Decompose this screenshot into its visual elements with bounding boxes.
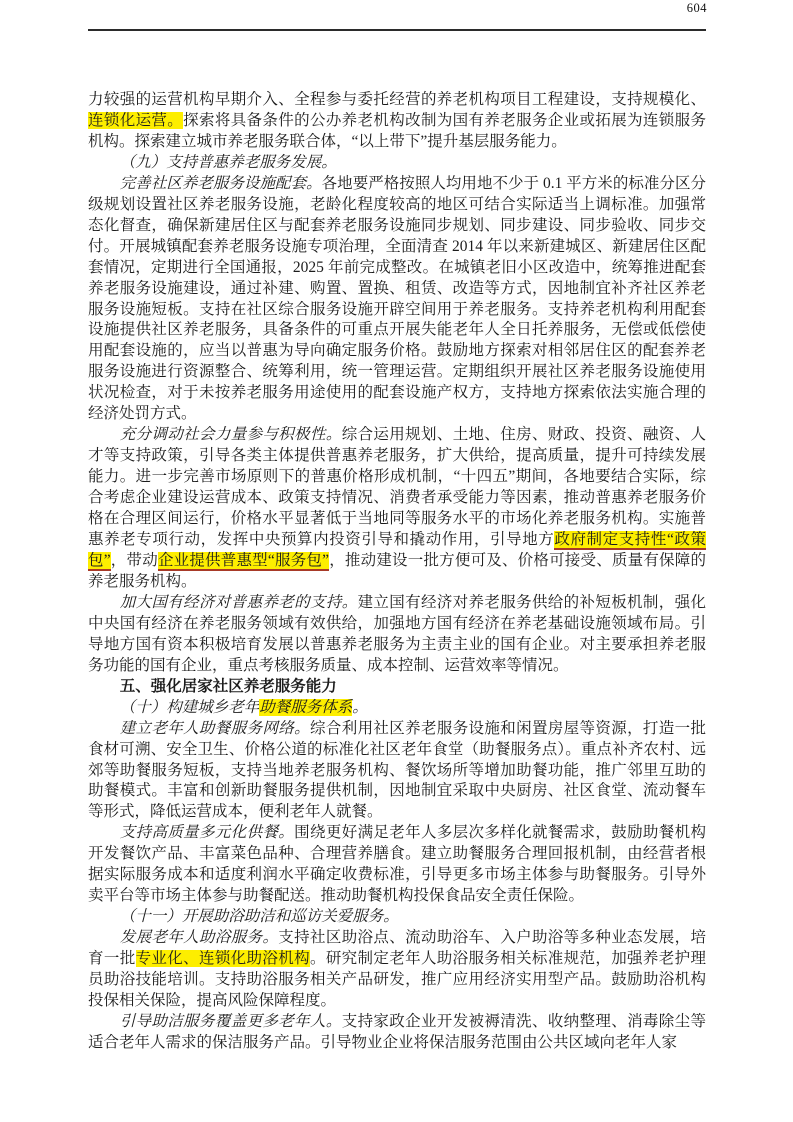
text-segment: （十）构建城乡老年 [120,699,260,716]
para-state-owned-economy: 加大国有经济对普惠养老的支持。建立国有经济对养老服务供给的补短板机制，强化中央国… [88,593,706,677]
para-cleaning-service: 引导助洁服务覆盖更多老年人。支持家政企业开发被褥清洗、收纳整理、消毒除尘等适合老… [88,1012,706,1054]
highlighted-phrase: 专业化、连锁化助浴机构 [136,950,310,967]
para-meal-quality: 支持高质量多元化供餐。围绕更好满足老年人多层次多样化就餐需求，鼓励助餐机构开发餐… [88,823,706,907]
lead-sentence: 建立老年人助餐服务网络。 [120,720,310,737]
item-9-heading: （九）支持普惠养老服务发展。 [88,153,706,174]
lead-sentence: 引导助洁服务覆盖更多老年人。 [120,1013,342,1030]
para-continued-from-previous-page: 力较强的运营机构早期介入、全程参与委托经营的养老机构项目工程建设，支持规模化、连… [88,90,706,153]
text-segment: 。 [352,699,368,716]
text-segment: 五、强化居家社区养老服务能力 [120,678,337,695]
text-segment: ，带动 [111,552,158,569]
para-bathing-service: 发展老年人助浴服务。支持社区助浴点、流动助浴车、入户助浴等多种业态发展，培育一批… [88,928,706,1012]
highlighted-phrase: 助餐服务体系 [259,699,352,716]
text-segment: 力较强的运营机构早期介入、全程参与委托经营的养老机构项目工程建设，支持规模化、 [88,91,706,108]
item-11-heading: （十一）开展助浴助洁和巡访关爱服务。 [88,907,706,928]
para-social-forces: 充分调动社会力量参与积极性。综合运用规划、土地、住房、财政、投资、融资、人才等支… [88,425,706,593]
lead-sentence: 发展老年人助浴服务。 [120,929,279,946]
lead-sentence: 充分调动社会力量参与积极性。 [120,426,342,443]
text-segment: （十一）开展助浴助洁和巡访关爱服务。 [120,908,399,925]
lead-sentence: 完善社区养老服务设施配套。 [120,175,322,192]
para-community-facility: 完善社区养老服务设施配套。各地要严格按照人均用地不少于 0.1 平方米的标准分区… [88,174,706,425]
text-segment: 综合运用规划、土地、住房、财政、投资、融资、人才等支持政策，引导各类主体提供普惠… [88,426,706,548]
text-segment: 各地要严格按照人均用地不少于 0.1 平方米的标准分区分级规划设置社区养老服务设… [88,175,706,422]
document-body: 力较强的运营机构早期介入、全程参与委托经营的养老机构项目工程建设，支持规模化、连… [88,90,706,1054]
text-segment: （九）支持普惠养老服务发展。 [120,154,337,171]
highlighted-phrase: 企业提供普惠型“服务包” [158,552,329,571]
para-meal-network: 建立老年人助餐服务网络。综合利用社区养老服务设施和闲置房屋等资源，打造一批食材可… [88,719,706,824]
lead-sentence: 加大国有经济对普惠养老的支持。 [120,594,358,611]
highlighted-phrase: 连锁化运营。 [88,112,183,129]
item-10-heading: （十）构建城乡老年助餐服务体系。 [88,698,706,719]
section-5-heading: 五、强化居家社区养老服务能力 [88,677,706,698]
page-number: 604 [687,1,707,16]
lead-sentence: 支持高质量多元化供餐。 [120,824,294,841]
header-rule [88,29,706,31]
